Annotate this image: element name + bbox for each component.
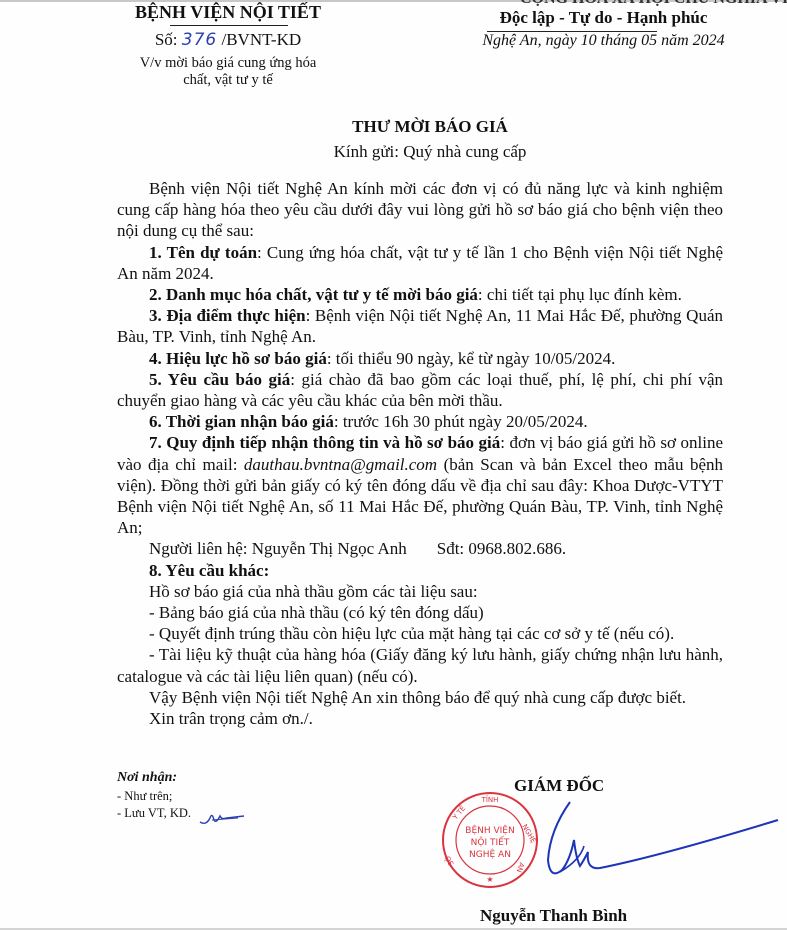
- subject-line-1: V/v mời báo giá cung ứng hóa: [116, 55, 340, 72]
- number-label: Số:: [155, 30, 178, 49]
- subject: V/v mời báo giá cung ứng hóa chất, vật t…: [116, 55, 340, 89]
- document-page: BỆNH VIỆN NỘI TIẾT Số: 376 /BVNT-KD V/v …: [0, 0, 787, 930]
- doc-requirement-2: - Quyết định trúng thầu còn hiệu lực của…: [117, 623, 723, 644]
- signer-name: Nguyễn Thanh Bình: [480, 906, 627, 926]
- doc-requirement-3: - Tài liệu kỹ thuật của hàng hóa (Giấy đ…: [117, 644, 723, 686]
- document-body: Bệnh viện Nội tiết Nghệ An kính mời các …: [117, 178, 723, 729]
- item-1: 1. Tên dự toán: Cung ứng hóa chất, vật t…: [117, 242, 723, 284]
- svg-text:SỞ: SỞ: [442, 854, 456, 868]
- recipient-item: - Lưu VT, KD.: [117, 806, 191, 821]
- intro-paragraph: Bệnh viện Nội tiết Nghệ An kính mời các …: [117, 178, 723, 242]
- item-8-lead: Hồ sơ báo giá của nhà thầu gồm các tài l…: [117, 581, 723, 602]
- greeting: Kính gửi: Quý nhà cung cấp: [0, 142, 787, 162]
- handwritten-number: 376: [182, 30, 217, 50]
- closing-line-2: Xin trân trọng cảm ơn./.: [117, 708, 723, 729]
- item-4: 4. Hiệu lực hồ sơ báo giá: tối thiểu 90 …: [117, 348, 723, 369]
- svg-text:NGHỆ AN: NGHỆ AN: [469, 848, 511, 860]
- number-suffix: /BVNT-KD: [221, 30, 301, 49]
- organization-name: BỆNH VIỆN NỘI TIẾT: [116, 2, 340, 23]
- official-stamp-icon: TỈNH Y TẾ NGHỆ AN SỞ BỆNH VIỆN NỘI TIẾT …: [440, 790, 540, 890]
- initials-signature-icon: [198, 806, 246, 828]
- svg-text:TỈNH: TỈNH: [481, 795, 499, 804]
- subject-line-2: chất, vật tư y tế: [116, 72, 340, 89]
- national-title-cropped: CỘNG HÒA XÃ HỘI CHỦ NGHĨA VIỆT NAM: [520, 0, 787, 8]
- closing-line-1: Vậy Bệnh viện Nội tiết Nghệ An xin thông…: [117, 687, 723, 708]
- email-address[interactable]: dauthau.bvntna@gmail.com: [244, 455, 437, 474]
- svg-text:BỆNH VIỆN: BỆNH VIỆN: [465, 824, 514, 836]
- contact-person: Người liên hệ: Nguyễn Thị Ngọc Anh: [149, 539, 407, 558]
- director-signature-icon: [540, 800, 780, 890]
- recipient-item: - Như trên;: [117, 789, 172, 804]
- item-8-heading: 8. Yêu cầu khác:: [117, 560, 723, 581]
- document-number: Số: 376 /BVNT-KD: [116, 30, 340, 50]
- item-2: 2. Danh mục hóa chất, vật tư y tế mời bá…: [117, 284, 723, 305]
- recipients-title: Nơi nhận:: [117, 770, 177, 786]
- motto: Độc lập - Tự do - Hạnh phúc: [420, 8, 787, 28]
- item-7: 7. Quy định tiếp nhận thông tin và hồ sơ…: [117, 432, 723, 538]
- contact-phone: Sđt: 0968.802.686.: [437, 539, 566, 558]
- svg-text:NỘI TIẾT: NỘI TIẾT: [471, 836, 510, 848]
- doc-requirement-1: - Bảng báo giá của nhà thầu (có ký tên đ…: [117, 602, 723, 623]
- svg-text:★: ★: [486, 875, 493, 884]
- item-5: 5. Yêu cầu báo giá: giá chào đã bao gồm …: [117, 369, 723, 411]
- item-3: 3. Địa điểm thực hiện: Bệnh viện Nội tiế…: [117, 305, 723, 347]
- organization-underline: [170, 25, 288, 26]
- item-6: 6. Thời gian nhận báo giá: trước 16h 30 …: [117, 411, 723, 432]
- contact-line: Người liên hệ: Nguyễn Thị Ngọc AnhSđt: 0…: [117, 538, 723, 559]
- place-date: Nghệ An, ngày 10 tháng 05 năm 2024: [420, 32, 787, 50]
- document-title: THƯ MỜI BÁO GIÁ: [0, 117, 787, 137]
